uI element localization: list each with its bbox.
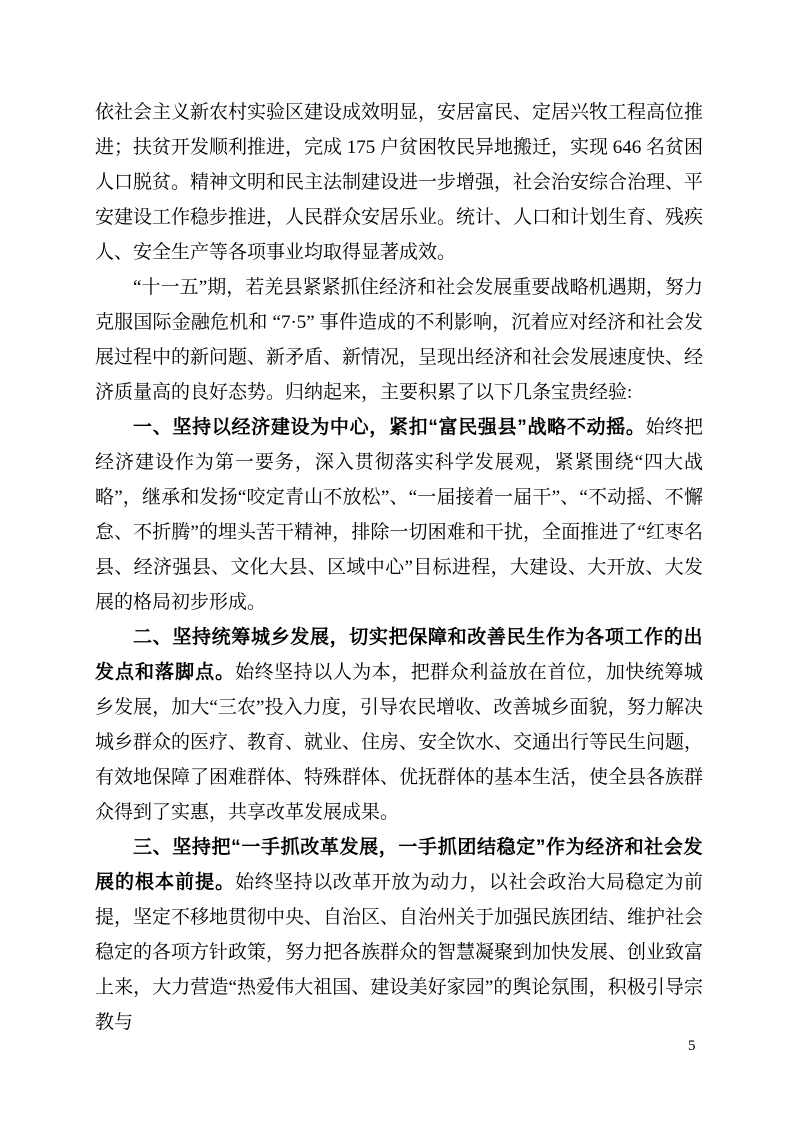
paragraph-lead-bold: 一、坚持以经济建设为中心，紧扣“富民强县”战略不动摇。 (133, 417, 646, 438)
paragraph-experience-1: 一、坚持以经济建设为中心，紧扣“富民强县”战略不动摇。始终把经济建设作为第一要务… (95, 410, 703, 620)
document-page: 依社会主义新农村实验区建设成效明显，安居富民、定居兴牧工程高位推进；扶贫开发顺利… (0, 0, 793, 1122)
paragraph-text: 始终坚持以人为本，把群众利益放在首位，加快统筹城乡发展，加大“三农”投入力度，引… (95, 662, 703, 823)
paragraph-text: “十一五”期，若羌县紧紧抓住经济和社会发展重要战略机遇期，努力克服国际金融危机和… (95, 277, 703, 403)
paragraph-eleventh-five-year-summary: “十一五”期，若羌县紧紧抓住经济和社会发展重要战略机遇期，努力克服国际金融危机和… (95, 270, 703, 410)
paragraph-experience-3: 三、坚持把“一手抓改革发展，一手抓团结稳定”作为经济和社会发展的根本前提。始终坚… (95, 830, 703, 1040)
document-body: 依社会主义新农村实验区建设成效明显，安居富民、定居兴牧工程高位推进；扶贫开发顺利… (95, 95, 703, 1040)
paragraph-text: 始终把经济建设作为第一要务，深入贯彻落实科学发展观，紧紧围绕“四大战略”，继承和… (95, 417, 703, 613)
paragraph-text: 依社会主义新农村实验区建设成效明显，安居富民、定居兴牧工程高位推进；扶贫开发顺利… (95, 102, 703, 263)
paragraph-continuation: 依社会主义新农村实验区建设成效明显，安居富民、定居兴牧工程高位推进；扶贫开发顺利… (95, 95, 703, 270)
paragraph-text: 始终坚持以改革开放为动力，以社会政治大局稳定为前提，坚定不移地贯彻中央、自治区、… (95, 872, 703, 1033)
page-number: 5 (688, 1036, 696, 1056)
paragraph-experience-2: 二、坚持统筹城乡发展，切实把保障和改善民生作为各项工作的出发点和落脚点。始终坚持… (95, 620, 703, 830)
